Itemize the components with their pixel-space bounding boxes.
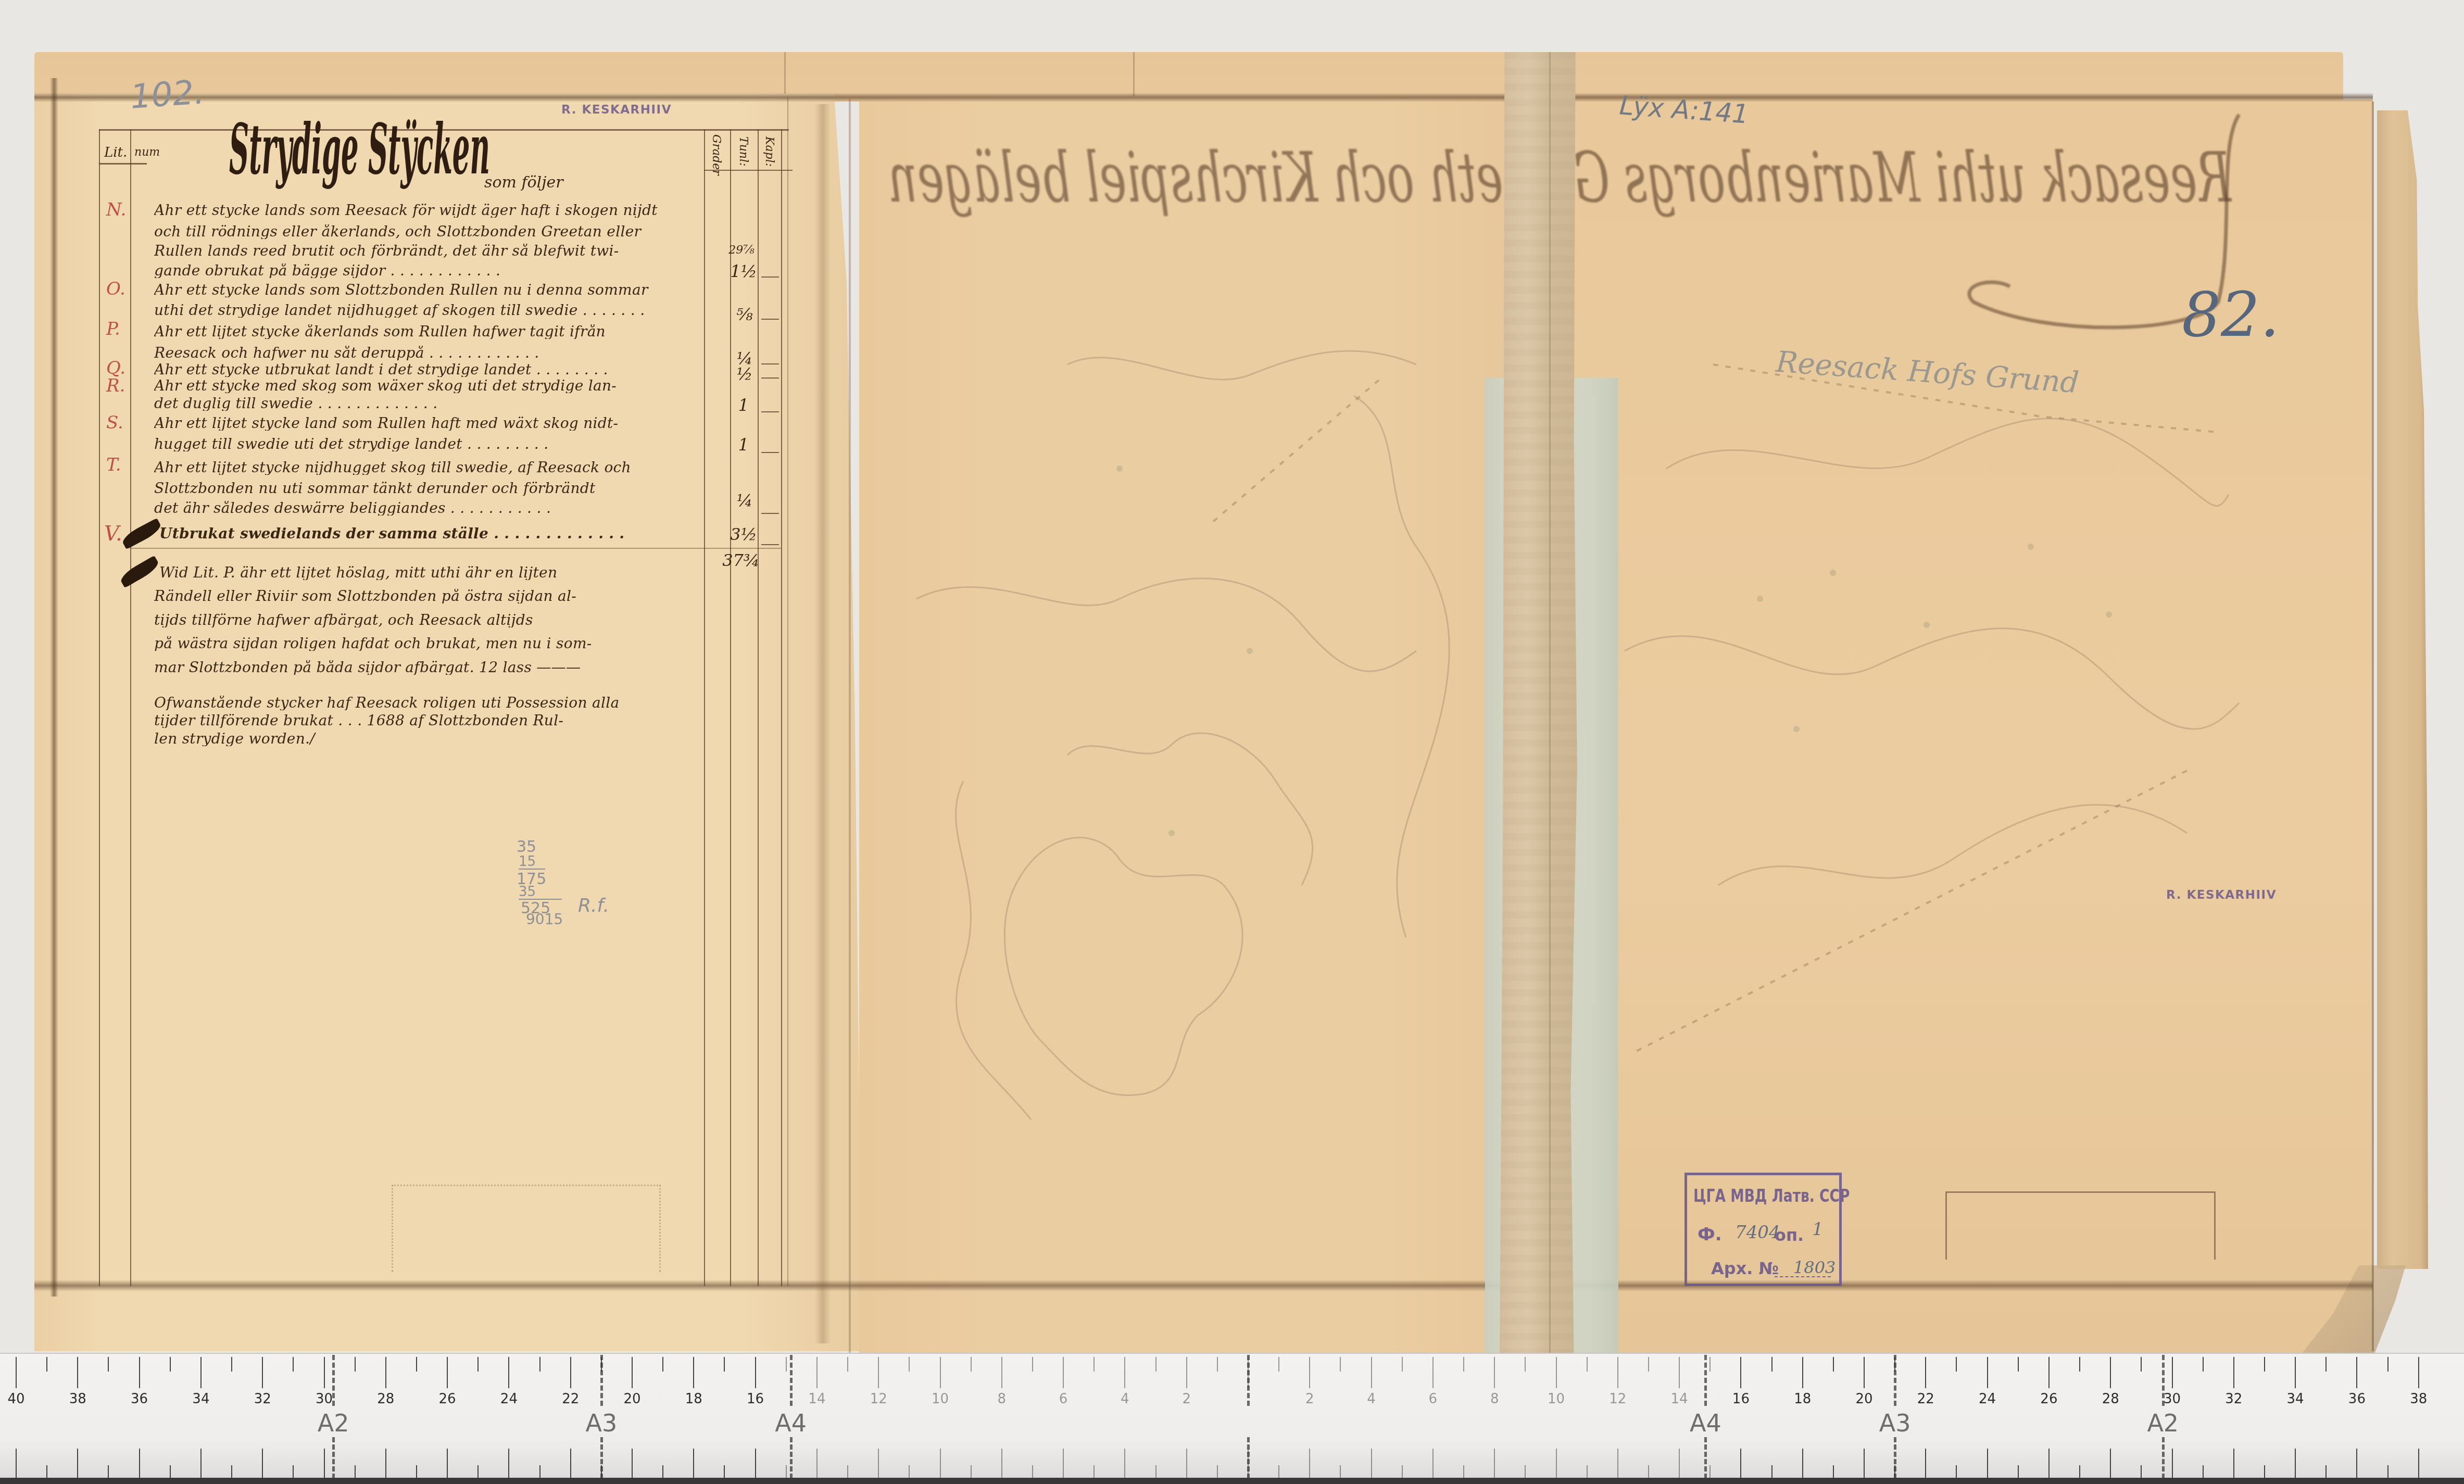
- ruler-label: 12: [870, 1391, 887, 1407]
- ruler-format-line: [2162, 1437, 2165, 1479]
- ruler-tick-top: [1740, 1357, 1741, 1388]
- ruler-tick-bottom: [1679, 1449, 1680, 1478]
- ruler-tick-top: [1463, 1357, 1464, 1372]
- ruler-tick-bottom: [1340, 1465, 1341, 1478]
- ruler-tick-bottom: [2018, 1465, 2019, 1478]
- ruler-tick-top: [1278, 1357, 1279, 1372]
- ruler-format-line: [1704, 1355, 1707, 1406]
- ruler-tick-top: [1001, 1357, 1002, 1388]
- ruler-tick-top: [2172, 1357, 2173, 1388]
- ruler-tick-bottom: [1309, 1449, 1310, 1478]
- ruler-tick-top: [539, 1357, 540, 1372]
- ruler-tick-top: [1309, 1357, 1310, 1388]
- ruler-tick-top: [385, 1357, 386, 1388]
- ruler-label: 40: [7, 1391, 24, 1407]
- ruler-label: 36: [2348, 1391, 2366, 1407]
- row-letter-t: T.: [106, 456, 121, 474]
- ruler-tick-bottom: [1432, 1449, 1434, 1478]
- ruler-label: 22: [562, 1391, 579, 1407]
- ruler-label: 12: [1609, 1391, 1626, 1407]
- tape-seam: [1549, 52, 1551, 1354]
- row-n-pencil-note: 29⅞: [726, 245, 757, 256]
- ruler-label: 8: [998, 1391, 1007, 1407]
- ruler-tick-top: [909, 1357, 910, 1372]
- ruler-label: 30: [316, 1391, 333, 1407]
- row-r-tunland: 1: [728, 397, 759, 413]
- ruler-tick-bottom: [755, 1449, 756, 1478]
- kappland-dash: [761, 319, 779, 320]
- ruler-tick-top: [847, 1357, 848, 1372]
- ruler-tick-top: [971, 1357, 972, 1372]
- ruler-tick-bottom: [724, 1465, 725, 1478]
- ruler-tick-bottom: [1124, 1449, 1125, 1478]
- ruler-tick-bottom: [2172, 1449, 2173, 1478]
- ruler-tick-bottom: [1463, 1465, 1464, 1478]
- ruler-format-label: A2: [2147, 1409, 2179, 1437]
- ruler-tick-bottom: [539, 1465, 540, 1478]
- ruler-format-line: [332, 1355, 335, 1406]
- ruler-tick-top: [1494, 1357, 1495, 1388]
- row-r-line: Ähr ett stycke med skog som wäxer skog u…: [154, 379, 700, 393]
- ruler-label: 24: [1979, 1391, 1996, 1407]
- row-s-tunland: 1: [728, 436, 759, 453]
- ruler-label: 2: [1182, 1391, 1191, 1407]
- ruler-tick-top: [1371, 1357, 1372, 1388]
- ledger-outer-line: [787, 97, 788, 1286]
- ruler-tick-bottom: [1556, 1449, 1557, 1478]
- ruler-label: 34: [192, 1391, 209, 1407]
- ruler-tick-top: [786, 1357, 787, 1372]
- ruler-tick-bottom: [2141, 1465, 2142, 1478]
- pencil-calc-value: 35: [517, 839, 536, 855]
- ruler-tick-bottom: [1648, 1465, 1649, 1478]
- ruler-label: 24: [500, 1391, 518, 1407]
- ruler-tick-top: [324, 1357, 325, 1388]
- ruler-label: 32: [254, 1391, 271, 1407]
- kappland-dash: [761, 363, 779, 364]
- kappland-dash: [761, 276, 779, 278]
- ruler-tick-top: [16, 1357, 17, 1388]
- row-p-line: Reesack och hafwer nu såt deruppå . . . …: [154, 346, 700, 360]
- row-r-line: det duglig till swedie . . . . . . . . .…: [154, 396, 700, 411]
- ruler-tick-top: [231, 1357, 232, 1372]
- ruler-tick-bottom: [16, 1449, 17, 1478]
- ruler-tick-top: [355, 1357, 356, 1372]
- ruler-tick-bottom: [1494, 1449, 1495, 1478]
- ruler-label: 32: [2225, 1391, 2242, 1407]
- keskarhiiv-stamp-map: R. KESKARHIIV: [2166, 888, 2277, 902]
- archive-stamp-opis-label: оп.: [1775, 1225, 1804, 1245]
- ruler-tick-bottom: [1709, 1465, 1711, 1478]
- ruler-tick-top: [1679, 1357, 1680, 1388]
- row-t-line: Ähr ett lijtet stycke nijdhugget skog ti…: [154, 460, 700, 475]
- ruler-tick-top: [1093, 1357, 1095, 1372]
- ruler-tick-top: [1617, 1357, 1618, 1388]
- ledger-sum-rule: [130, 548, 781, 549]
- header-lit: Lit.: [104, 146, 127, 159]
- ruler-tick-bottom: [200, 1449, 202, 1478]
- ruler-tick-bottom: [385, 1449, 386, 1478]
- row-o-tunland: ⅝: [729, 306, 760, 323]
- ruler-tick-bottom: [2233, 1449, 2234, 1478]
- ruler-tick-top: [2048, 1357, 2050, 1388]
- ruler-tick-top: [1987, 1357, 1988, 1388]
- ruler-format-line: [790, 1437, 793, 1479]
- ruler-tick-bottom: [2079, 1465, 2080, 1478]
- ruler-tick-bottom: [786, 1465, 787, 1478]
- ruler-tick-bottom: [909, 1465, 910, 1478]
- ruler-tick-top: [1124, 1357, 1125, 1388]
- row-q-tunland: ½: [729, 366, 760, 382]
- kappland-dash: [761, 452, 779, 453]
- ruler-label: 20: [1855, 1391, 1872, 1407]
- beige-repair-tape: [1500, 52, 1580, 1354]
- ruler-label: 34: [2287, 1391, 2304, 1407]
- ruler-tick-top: [508, 1357, 509, 1388]
- ruler-label: 38: [2410, 1391, 2427, 1407]
- ruler-tick-bottom: [1001, 1449, 1002, 1478]
- ruler-label: 10: [1548, 1391, 1565, 1407]
- ruler-tick-bottom: [77, 1449, 78, 1478]
- row-letter-s: S.: [106, 414, 123, 432]
- row-v-tunland: 3½: [728, 526, 759, 543]
- remark-line: på wästra sijdan roligen hafdat och bruk…: [154, 636, 700, 651]
- ruler-tick-bottom: [416, 1465, 417, 1478]
- ruler-format-line: [1894, 1355, 1896, 1406]
- ruler-tick-top: [632, 1357, 633, 1388]
- ruler-tick-top: [170, 1357, 171, 1372]
- row-letter-q: Q.: [106, 359, 125, 377]
- folio-pencil-number: 102.: [129, 76, 206, 114]
- ruler-tick-bottom: [139, 1449, 140, 1478]
- row-letter-v: V.: [104, 523, 122, 544]
- ledger-col-line-num: [130, 129, 131, 1286]
- ruler-format-label: A4: [775, 1409, 807, 1437]
- ruler-tick-bottom: [108, 1465, 109, 1478]
- ruler-label: 6: [1429, 1391, 1438, 1407]
- ruler-tick-top: [2356, 1357, 2357, 1388]
- row-n-line: gande obrukat på bägge sijdor . . . . . …: [154, 263, 700, 278]
- ruler-label: 22: [1917, 1391, 1934, 1407]
- ruler-tick-bottom: [632, 1449, 633, 1478]
- ruler-tick-top: [2233, 1357, 2234, 1388]
- ruler-label: 26: [439, 1391, 456, 1407]
- ruler-tick-bottom: [1925, 1449, 1926, 1478]
- ruler-tick-bottom: [570, 1449, 571, 1478]
- ruler-format-line: [1704, 1437, 1707, 1479]
- ruler-tick-bottom: [1740, 1449, 1741, 1478]
- ruler-tick-bottom: [1093, 1465, 1095, 1478]
- ledger-total: 37¾: [718, 552, 764, 569]
- left-empty-cartouche: [392, 1185, 661, 1272]
- ruler-tick-top: [570, 1357, 571, 1388]
- scanner-bottom-edge: [0, 1478, 2464, 1484]
- ruler-tick-bottom: [1833, 1465, 1834, 1478]
- ruler-label: 4: [1367, 1391, 1376, 1407]
- right-empty-cartouche: [1945, 1191, 2216, 1260]
- ruler-tick-bottom: [971, 1465, 972, 1478]
- ruler-tick-top: [816, 1357, 818, 1388]
- keskarhiiv-stamp-top: R. KESKARHIIV: [561, 103, 672, 117]
- ruler-tick-top: [477, 1357, 479, 1372]
- ruler-label: 10: [932, 1391, 949, 1407]
- ruler-tick-top: [262, 1357, 263, 1388]
- ruler-format-line: [1894, 1437, 1896, 1479]
- ruler-tick-bottom: [1771, 1465, 1772, 1478]
- ruler-tick-top: [693, 1357, 694, 1388]
- ruler-tick-top: [1709, 1357, 1711, 1372]
- ruler-tick-bottom: [693, 1449, 694, 1478]
- ruler-tick-bottom: [847, 1465, 848, 1478]
- ruler-tick-top: [1063, 1357, 1064, 1388]
- pencil-calc-value: 15: [519, 855, 545, 870]
- ledger-col-line-text: [704, 129, 705, 1286]
- ruler-format-line: [332, 1437, 335, 1479]
- ruler-tick-top: [940, 1357, 941, 1388]
- ruler-tick-bottom: [2356, 1449, 2357, 1478]
- ruler-tick-top: [2418, 1357, 2419, 1388]
- ruler-tick-top: [1155, 1357, 1156, 1372]
- row-t-line: det ähr således deswärre beliggiandes . …: [154, 501, 700, 515]
- ruler-tick-bottom: [2295, 1449, 2296, 1478]
- remark-line: Wid Lit. P. ähr ett lijtet höslag, mitt …: [159, 565, 705, 580]
- ruler-label: 18: [685, 1391, 702, 1407]
- ruler-tick-bottom: [2325, 1465, 2327, 1478]
- ruler-tick-top: [2264, 1357, 2265, 1372]
- ruler-tick-top: [46, 1357, 47, 1372]
- ruler-tick-bottom: [170, 1465, 171, 1478]
- ruler-tick-bottom: [1217, 1465, 1218, 1478]
- ruler-tick-top: [1525, 1357, 1526, 1372]
- ruler-tick-top: [416, 1357, 417, 1372]
- ruler-tick-bottom: [1617, 1449, 1618, 1478]
- row-n-line: och till rödnings eller åkerlands, och S…: [154, 224, 700, 239]
- ruler-tick-bottom: [816, 1449, 818, 1478]
- ruler-tick-bottom: [508, 1449, 509, 1478]
- ruler-label: 20: [623, 1391, 640, 1407]
- ruler-label: 16: [1732, 1391, 1750, 1407]
- ruler-tick-top: [1956, 1357, 1957, 1372]
- ruler-center-line: [1247, 1355, 1250, 1406]
- ruler-tick-top: [1556, 1357, 1557, 1388]
- ruler-tick-bottom: [1032, 1465, 1033, 1478]
- ruler-tick-bottom: [262, 1449, 263, 1478]
- ruler-format-line: [790, 1355, 793, 1406]
- row-o-line: Ähr ett stycke lands som Slottzbonden Ru…: [154, 283, 700, 297]
- kappland-dash: [761, 411, 779, 412]
- ruler-tick-bottom: [1155, 1465, 1156, 1478]
- row-o-line: uthi det strydige landet nijdhugget af s…: [154, 303, 700, 318]
- ruler-label: 14: [1671, 1391, 1688, 1407]
- ruler-label: 14: [808, 1391, 825, 1407]
- ruler-tick-bottom: [324, 1449, 325, 1478]
- ruler-tick-bottom: [2048, 1449, 2050, 1478]
- ruler-tick-bottom: [1278, 1465, 1279, 1478]
- ruler-label: 16: [747, 1391, 764, 1407]
- ruler-tick-bottom: [231, 1465, 232, 1478]
- ruler-tick-top: [2325, 1357, 2327, 1372]
- archive-stamp-fond-label: Ф.: [1698, 1224, 1722, 1245]
- remark-line: Ofwanstående stycker haf Reesack roligen…: [154, 696, 700, 710]
- kappland-dash: [761, 513, 779, 514]
- remark-line: tijder tillförende brukat . . . 1688 af …: [154, 713, 700, 728]
- ruler-tick-bottom: [1802, 1449, 1803, 1478]
- ruler-tick-bottom: [1371, 1449, 1372, 1478]
- ledger-header-rule-left: [99, 163, 147, 165]
- ruler-tick-top: [662, 1357, 663, 1372]
- row-t-tunland: ¼: [729, 492, 760, 509]
- ruler-tick-top: [139, 1357, 140, 1388]
- row-letter-o: O.: [106, 280, 125, 298]
- ruler-tick-top: [200, 1357, 202, 1388]
- ruler-label: 8: [1490, 1391, 1499, 1407]
- ruler-label: 26: [2040, 1391, 2057, 1407]
- ruler-tick-top: [2387, 1357, 2388, 1372]
- ruler-tick-top: [1432, 1357, 1434, 1388]
- ruler-tick-bottom: [1987, 1449, 1988, 1478]
- ruler-tick-top: [2141, 1357, 2142, 1372]
- ruler-tick-top: [2110, 1357, 2111, 1388]
- ledger-col-line-grader: [730, 129, 731, 1286]
- ruler-tick-bottom: [2110, 1449, 2111, 1478]
- ruler-tick-bottom: [1864, 1449, 1865, 1478]
- ruler-tick-bottom: [1525, 1465, 1526, 1478]
- ruler-tick-top: [755, 1357, 756, 1388]
- row-s-line: Ähr ett lijtet stycke land som Rullen ha…: [154, 416, 700, 431]
- ruler-tick-bottom: [293, 1465, 294, 1478]
- archive-stamp-arch-label: Арх. №: [1711, 1259, 1779, 1278]
- ruler-tick-bottom: [662, 1465, 663, 1478]
- pencil-calc-note: R.f.: [578, 897, 609, 915]
- remark-line: tijds tillförne hafwer afbärgat, och Ree…: [154, 613, 700, 627]
- ledger-col-line-lit: [99, 129, 100, 1286]
- ruler-tick-bottom: [2387, 1465, 2388, 1478]
- ruler-label: 36: [131, 1391, 148, 1407]
- ruler-format-line: [600, 1355, 603, 1406]
- ruler-format-line: [600, 1437, 603, 1479]
- ledger-title: Strydige Stÿcken: [229, 116, 490, 184]
- ruler-tick-top: [293, 1357, 294, 1372]
- ruler-tick-top: [1771, 1357, 1772, 1372]
- row-s-line: hugget till swedie uti det strydige land…: [154, 437, 700, 451]
- row-q-line: Ähr ett stycke utbrukat landt i det stry…: [154, 362, 700, 377]
- row-n-line: Ähr ett stycke lands som Reesack för wij…: [154, 203, 700, 218]
- ruler-format-line: [2162, 1355, 2165, 1406]
- row-letter-r: R.: [106, 377, 125, 395]
- ruler-tick-bottom: [878, 1449, 879, 1478]
- ruler-tick-bottom: [1063, 1449, 1064, 1478]
- remark-line: mar Slottzbonden på båda sijdor afbärgat…: [154, 660, 700, 675]
- sheet-number: 82.: [2182, 284, 2280, 345]
- ruler-tick-bottom: [355, 1465, 356, 1478]
- ruler-tick-top: [2295, 1357, 2296, 1388]
- ruler-tick-bottom: [2264, 1465, 2265, 1478]
- ruler-label: 18: [1794, 1391, 1811, 1407]
- ruler-tick-top: [1833, 1357, 1834, 1372]
- ruler-tick-top: [1186, 1357, 1187, 1388]
- ruler-tick-bottom: [477, 1465, 479, 1478]
- ruler-tick-top: [2018, 1357, 2019, 1372]
- row-p-line: Ähr ett lijtet stycke åkerlands som Rull…: [154, 324, 700, 339]
- row-n-line: Rullen lands reed brutit och förbrändt, …: [154, 244, 700, 258]
- kappland-dash: [761, 544, 779, 545]
- ruler-tick-top: [878, 1357, 879, 1388]
- ruler-tick-top: [108, 1357, 109, 1372]
- ruler-tick-top: [2079, 1357, 2080, 1372]
- ruler-center-line: [1247, 1437, 1250, 1479]
- ruler-tick-top: [77, 1357, 78, 1388]
- ruler-label: 28: [2102, 1391, 2119, 1407]
- ruler-tick-top: [1217, 1357, 1218, 1372]
- ruler-label: 28: [377, 1391, 394, 1407]
- ruler-tick-bottom: [1402, 1465, 1403, 1478]
- ruler-label: 2: [1305, 1391, 1314, 1407]
- pencil-calc-value: 35: [519, 885, 562, 900]
- header-tunland: Tunl:: [737, 136, 749, 166]
- ruler-format-label: A3: [1879, 1409, 1911, 1437]
- row-t-line: Slottzbonden nu uti sommar tänkt derunde…: [154, 481, 700, 496]
- ruler-tick-bottom: [447, 1449, 448, 1478]
- ruler-tick-bottom: [2203, 1465, 2204, 1478]
- ruler-tick-top: [1648, 1357, 1649, 1372]
- pencil-calc-value: 9015: [526, 912, 563, 927]
- row-n-tunland: 1½: [728, 263, 759, 280]
- ruler-tick-top: [1032, 1357, 1033, 1372]
- row-letter-p: P.: [106, 320, 120, 338]
- ruler-format-label: A3: [585, 1409, 617, 1437]
- archive-stamp: ЦГА МВД Латв. ССР Ф. 7404 оп. 1 Арх. № 1…: [1684, 1173, 1842, 1286]
- remark-line: len strydige worden./: [154, 732, 700, 746]
- ruler-tick-bottom: [1956, 1465, 1957, 1478]
- ruler-tick-top: [1587, 1357, 1588, 1372]
- ruler-tick-top: [1402, 1357, 1403, 1372]
- ledger-col-line-tunland: [758, 129, 759, 1286]
- ruler-tick-top: [1802, 1357, 1803, 1388]
- ruler-label: 38: [69, 1391, 86, 1407]
- archive-stamp-line1: ЦГА МВД Латв. ССР: [1693, 1186, 1850, 1206]
- ruler-format-label: A4: [1690, 1409, 1721, 1437]
- ruler-tick-top: [1340, 1357, 1341, 1372]
- archive-stamp-arch: 1803: [1793, 1257, 1836, 1277]
- ruler-format-label: A2: [318, 1409, 349, 1437]
- ruler-label: 4: [1121, 1391, 1129, 1407]
- row-letter-n: N.: [106, 201, 126, 219]
- ruler-tick-bottom: [1587, 1465, 1588, 1478]
- ledger-col-line-kappland: [781, 129, 782, 1286]
- ruler-tick-top: [1925, 1357, 1926, 1388]
- archive-stamp-opis: 1: [1812, 1219, 1824, 1240]
- row-v-line: Utbrukat swedielands der samma ställe . …: [159, 526, 705, 541]
- kappland-dash: [761, 378, 779, 379]
- ruler-tick-top: [724, 1357, 725, 1372]
- ruler-label: 6: [1059, 1391, 1068, 1407]
- measuring-ruler: 4038363432302826242220181614121086422468…: [0, 1353, 2464, 1480]
- ruler-tick-top: [2203, 1357, 2204, 1372]
- archive-stamp-fond: 7404: [1735, 1222, 1780, 1243]
- header-num: num: [134, 147, 160, 158]
- ruler-label: 30: [2164, 1391, 2181, 1407]
- header-grader: Grader: [710, 134, 722, 175]
- remark-line: Rändell eller Riviir som Slottzbonden på…: [154, 589, 700, 603]
- ruler-tick-bottom: [46, 1465, 47, 1478]
- ruler-tick-bottom: [1186, 1449, 1187, 1478]
- ruler-tick-top: [1864, 1357, 1865, 1388]
- ruler-tick-bottom: [2418, 1449, 2419, 1478]
- ruler-tick-bottom: [940, 1449, 941, 1478]
- header-kappland: Kapl:: [763, 136, 775, 167]
- ledger-title-suffix: som följer: [484, 175, 563, 191]
- ruler-tick-top: [447, 1357, 448, 1388]
